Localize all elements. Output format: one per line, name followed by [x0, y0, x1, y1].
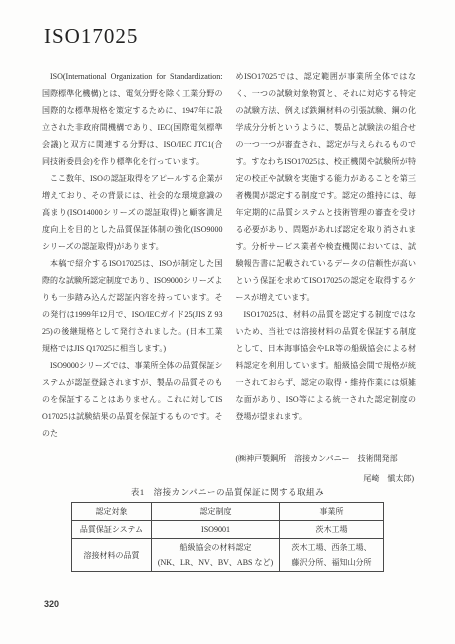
- table-header-cell: 認定対象: [72, 503, 152, 521]
- quality-assurance-table: 認定対象 認定制度 事業所 品質保証システム ISO9001 茨木工場 溶接材料…: [71, 502, 384, 572]
- table-cell: 茨木工場、西条工場、 藤沢分所、福知山分所: [280, 539, 384, 572]
- paragraph: 本稿で紹介するISO17025は、ISOが制定した国際的な試験所認定制度であり、…: [42, 255, 223, 357]
- table-header-cell: 認定制度: [152, 503, 280, 521]
- paragraph: ISO(International Organization for Stand…: [42, 68, 223, 170]
- paragraph: ここ数年、ISOの認証取得をアピールする企業が増えており、その背景には、社会的な…: [42, 170, 223, 255]
- table-cell: 品質保証システム: [72, 521, 152, 539]
- table-section: 表1 溶接カンパニーの品質保証に関する取組み 認定対象 認定制度 事業所 品質保…: [0, 486, 455, 572]
- paragraph: ISO17025は、材料の品質を認定する制度ではないため、当社では溶接材料の品質…: [236, 306, 417, 425]
- table-row: 溶接材料の品質 船級協会の材料認定 (NK、LR、NV、BV、ABS など) 茨…: [72, 539, 384, 572]
- table-header-cell: 事業所: [280, 503, 384, 521]
- document-page: ISO17025 ISO(International Organization …: [0, 0, 455, 644]
- right-column: めISO17025では、認定範囲が事業所全体ではなく、一つの試験対象物質と、それ…: [236, 68, 417, 489]
- paragraph: めISO17025では、認定範囲が事業所全体ではなく、一つの試験対象物質と、それ…: [236, 68, 417, 306]
- left-column: ISO(International Organization for Stand…: [42, 68, 223, 489]
- article-body: ISO(International Organization for Stand…: [42, 68, 416, 489]
- table-cell: ISO9001: [152, 521, 280, 539]
- attribution-block: (㈱神戸製鋼所 溶接カンパニー 技術開発部 尾崎 愼太郎): [236, 449, 417, 489]
- table-caption: 表1 溶接カンパニーの品質保証に関する取組み: [0, 486, 455, 498]
- table-cell: 船級協会の材料認定 (NK、LR、NV、BV、ABS など): [152, 539, 280, 572]
- table-row: 品質保証システム ISO9001 茨木工場: [72, 521, 384, 539]
- attribution-company: (㈱神戸製鋼所 溶接カンパニー 技術開発部: [236, 449, 417, 469]
- page-title: ISO17025: [44, 24, 138, 49]
- table-header-row: 認定対象 認定制度 事業所: [72, 503, 384, 521]
- page-number: 320: [44, 599, 59, 609]
- table-cell: 茨木工場: [280, 521, 384, 539]
- table-cell: 溶接材料の品質: [72, 539, 152, 572]
- paragraph: ISO9000シリーズでは、事業所全体の品質保証システムが認証登録されますが、製…: [42, 357, 223, 442]
